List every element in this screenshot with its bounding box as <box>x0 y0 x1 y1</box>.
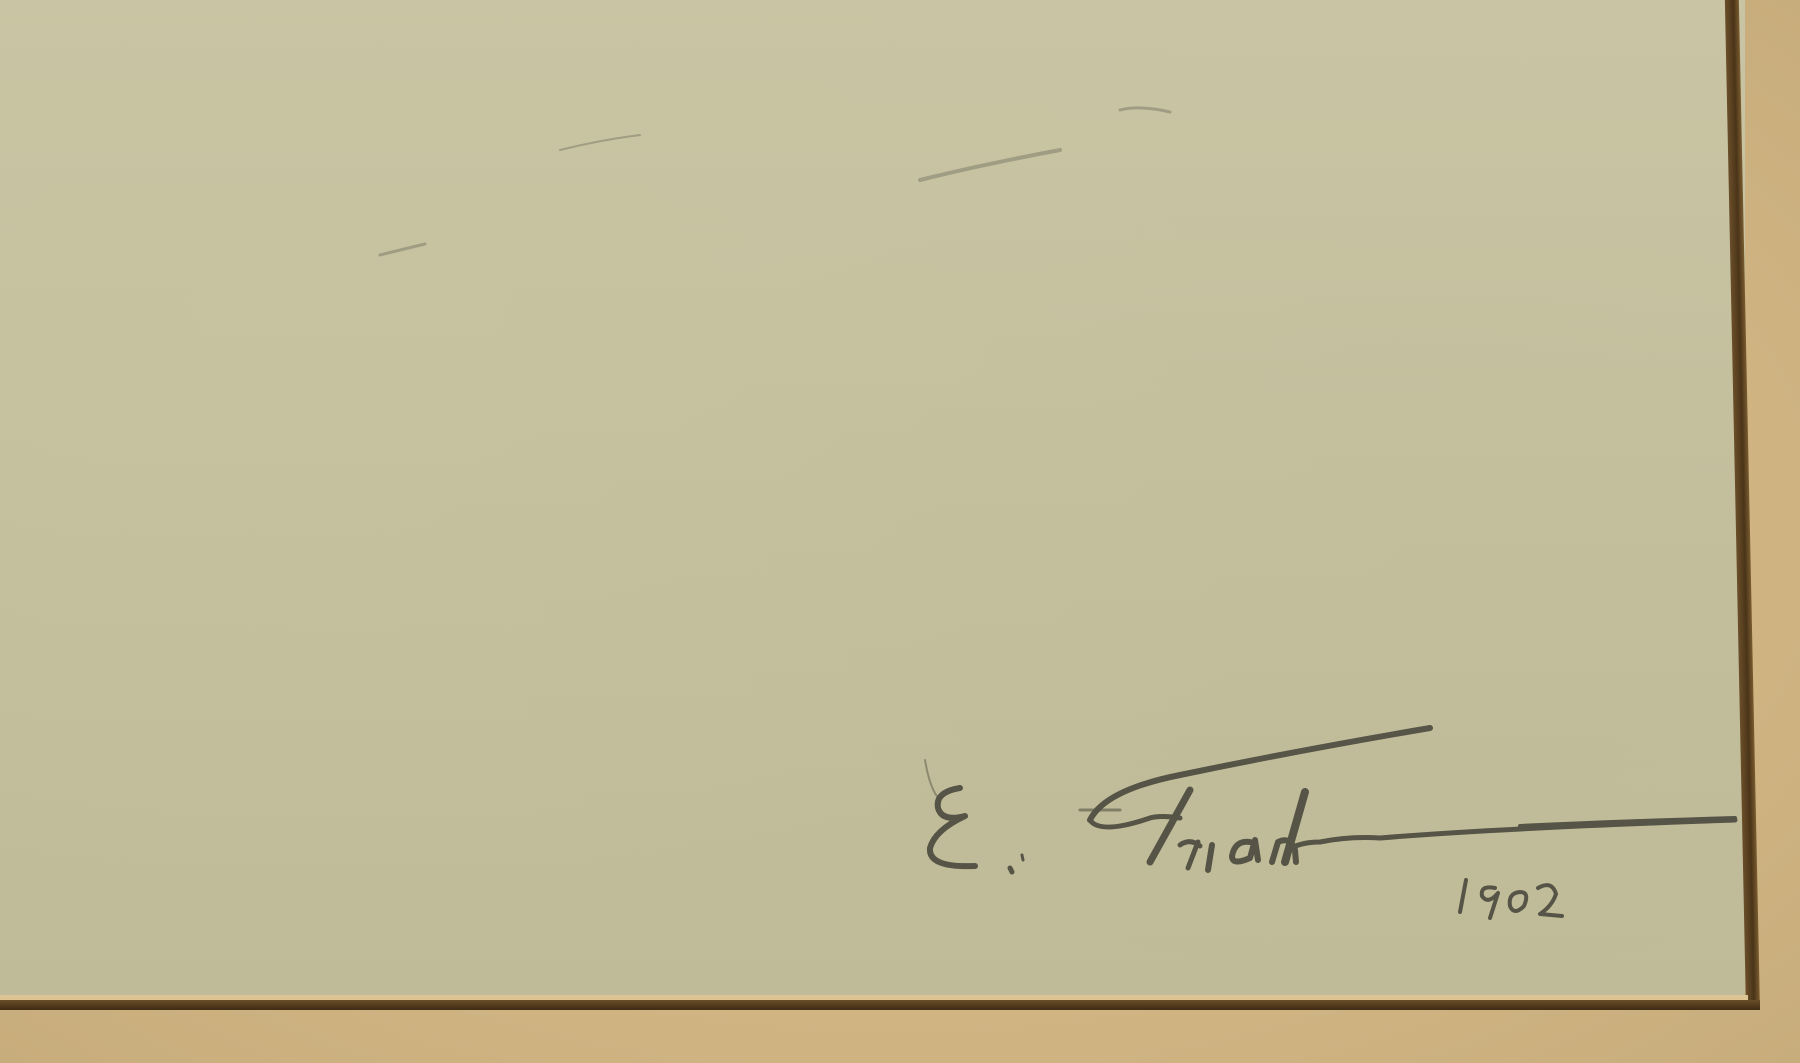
pencil-marks <box>0 0 1800 1063</box>
framed-artwork-photo: E. Frank 1902 <box>0 0 1800 1063</box>
date-graphic <box>1460 880 1562 918</box>
signature-graphic <box>925 728 1735 872</box>
